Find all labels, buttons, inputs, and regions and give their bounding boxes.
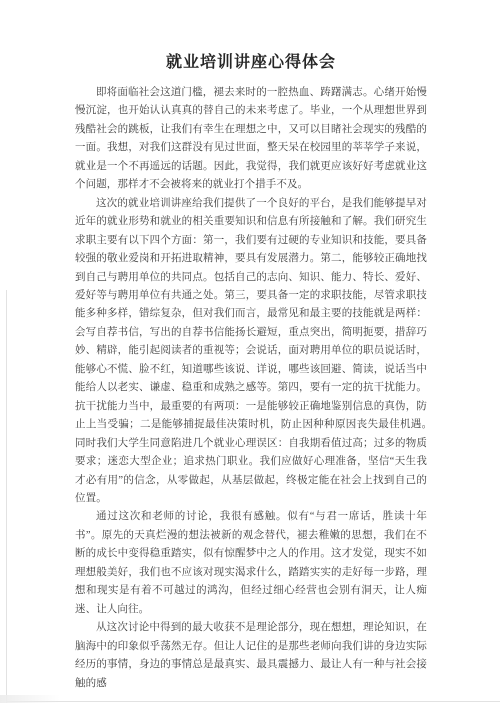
document-body: 即将面临社会这道门槛，褪去来时的一腔热血、踌躇满志。心绪开始慢慢沉淀，也开始认认… [75, 84, 427, 693]
page-edge-left [6, 290, 7, 703]
paragraph-discussion-feelings: 通过这次和老师的讨论，我很有感触。似有“与君一席话，胜读十年书”。原先的天真烂漫… [75, 508, 427, 619]
document-page: 就业培训讲座心得体会 即将面临社会这道门槛，褪去来时的一腔热血、踌躇满志。心绪开… [0, 0, 500, 708]
document-title: 就业培训讲座心得体会 [75, 52, 427, 74]
page-edge-bottom [6, 701, 500, 702]
page-edge-corner [0, 695, 60, 703]
paragraph-biggest-gain: 从这次讨论中得到的最大收获不是理论部分，现在想想，理论知识，在脑海中的印象似乎荡… [75, 619, 427, 693]
paragraph-intro: 即将面临社会这道门槛，褪去来时的一腔热血、踌躇满志。心绪开始慢慢沉淀，也开始认认… [75, 84, 427, 195]
paragraph-lecture-points: 这次的就业培训讲座给我们提供了一个良好的平台，是我们能够提早对近年的就业形势和就… [75, 195, 427, 509]
document-content: 就业培训讲座心得体会 即将面临社会这道门槛，褪去来时的一腔热血、踌躇满志。心绪开… [75, 52, 427, 693]
